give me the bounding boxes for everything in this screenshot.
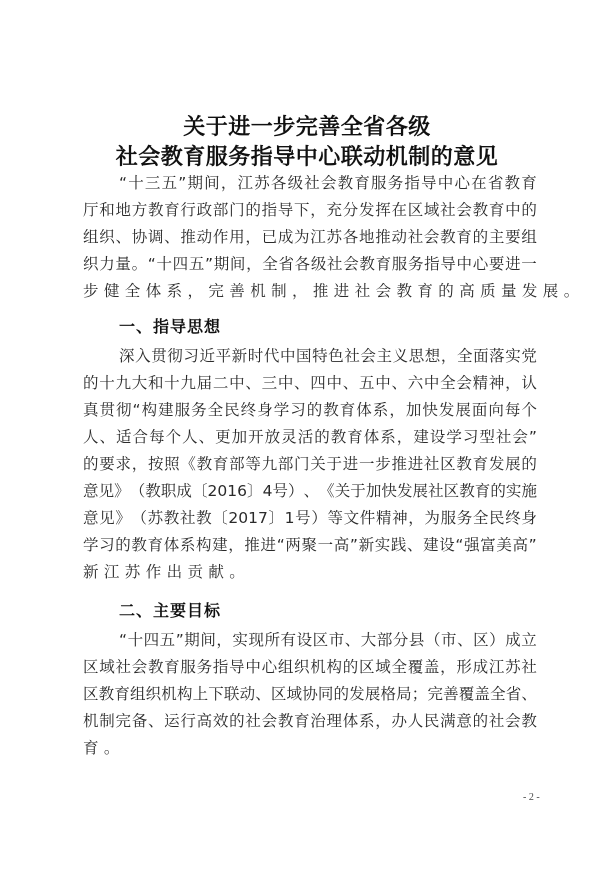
section-heading-guiding-thought: 一、指导思想 [119, 313, 221, 340]
section-2-line: 机制完备、运行高效的社会教育治理体系，办人民满意的社会教 [83, 708, 537, 735]
section-1-line: 意见》（教职成〔2016〕4号）、《关于加快发展社区教育的实施 [83, 478, 537, 505]
intro-line: “十三五”期间，江苏各级社会教育服务指导中心在省教育 [119, 170, 537, 197]
section-1-line: 意见》（苏教社教〔2017〕1号）等文件精神，为服务全民终身 [83, 505, 537, 532]
section-1-line: 新江苏作出贡献。 [83, 559, 537, 586]
section-2-line: 区域社会教育服务指导中心组织机构的区域全覆盖，形成江苏社 [83, 654, 537, 681]
section-1-line: 学习的教育体系构建，推进“两聚一高”新实践、建设“强富美高” [83, 532, 537, 559]
section-2-line: 区教育组织机构上下联动、区域协同的发展格局；完善覆盖全省、 [83, 681, 537, 708]
intro-line: 组织、协调、推动作用，已成为江苏各地推动社会教育的主要组 [83, 224, 537, 251]
section-1-line: 人、适合每个人、更加开放灵活的教育体系，建设学习型社会” [83, 424, 537, 451]
document-title-line-1: 关于进一步完善全省各级 [0, 112, 614, 142]
intro-line: 步健全体系，完善机制，推进社会教育的高质量发展。 [83, 278, 537, 305]
document-title-line-2: 社会教育服务指导中心联动机制的意见 [0, 142, 614, 172]
section-2-line: 育。 [83, 735, 537, 762]
intro-line: 厅和地方教育行政部门的指导下，充分发挥在区域社会教育中的 [83, 197, 537, 224]
section-1-line: 的十九大和十九届二中、三中、四中、五中、六中全会精神，认 [83, 370, 537, 397]
section-1-line: 真贯彻“构建服务全民终身学习的教育体系，加快发展面向每个 [83, 397, 537, 424]
section-1-line: 深入贯彻习近平新时代中国特色社会主义思想，全面落实党 [119, 343, 537, 370]
page-number: - 2 - [523, 792, 540, 803]
section-1-line: 的要求，按照《教育部等九部门关于进一步推进社区教育发展的 [83, 451, 537, 478]
intro-line: 织力量。“十四五”期间，全省各级社会教育服务指导中心要进一 [83, 251, 537, 278]
section-2-line: “十四五”期间，实现所有设区市、大部分县（市、区）成立 [119, 627, 537, 654]
document-page: 关于进一步完善全省各级 社会教育服务指导中心联动机制的意见 “十三五”期间，江苏… [0, 0, 614, 870]
section-heading-main-goals: 二、主要目标 [119, 597, 221, 624]
